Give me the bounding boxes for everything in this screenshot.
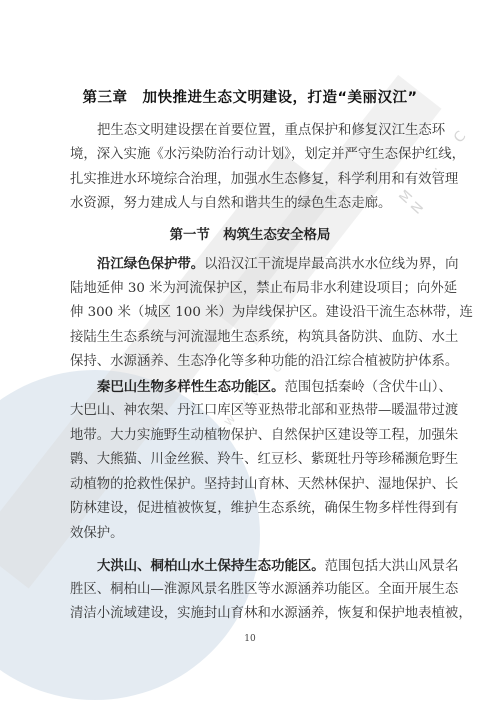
section-title: 第一节 构筑生态安全格局 — [0, 224, 500, 243]
para2-line-2: 大巴山、神农架、丹江口库区等亚热带北部和亚热带—暖温带过渡 — [70, 401, 432, 421]
para3-line-3: 清洁小流域建设，实施封山育林和水源涵养，恢复和保护地表植被， — [70, 604, 432, 624]
para3-text: 范围包括大洪山风景名 — [325, 559, 459, 574]
para1-line-3: 伸 300 米（城区 100 米）为岸线保护区。建设沿干流生态林带，连 — [70, 303, 432, 323]
intro-line-3: 扎实推进水环境综合治理，加强水生态修复，科学利用和有效管理 — [70, 170, 432, 190]
para3-line-2: 胜区、桐柏山—淮源风景名胜区等水源涵养功能区。全面开展生态 — [70, 580, 432, 600]
para1-heading: 沿江绿色保护带。 — [97, 256, 204, 272]
para2-line-3: 地带。大力实施野生动植物保护、自然保护区建设等工程，加强朱 — [70, 426, 432, 446]
para2-line-7: 效保护。 — [70, 524, 432, 544]
intro-line-2: 境，深入实施《水污染防治行动计划》，划定并严守生态保护红线， — [70, 145, 432, 165]
intro-line-1: 把生态文明建设摆在首要位置，重点保护和修复汉江生态环 — [97, 121, 432, 141]
para2-text: 范围包括秦岭（含伏牛山）、 — [284, 380, 451, 395]
intro-line-4: 水资源，努力建成人与自然和谐共生的绿色生态走廊。 — [70, 194, 432, 214]
para1-line-2: 陆地延伸 30 米为河流保护区，禁止布局非水利建设项目；向外延 — [70, 279, 432, 299]
para2-line-6: 防林建设，促进植被恢复，维护生态系统，确保生物多样性得到有 — [70, 499, 432, 519]
para1-text: 以沿汉江干流堤岸最高洪水水位线为界，向 — [204, 257, 458, 272]
para2-line-5: 动植物的抢救性保护。坚持封山育林、天然林保护、湿地保护、长 — [70, 475, 432, 495]
para2-line-4: 鹮、大熊猫、川金丝猴、羚牛、红豆杉、紫斑牡丹等珍稀濒危野生 — [70, 450, 432, 470]
document-page: 第三章 加快推进生态文明建设，打造“美丽汉江” 把生态文明建设摆在首要位置，重点… — [0, 0, 500, 707]
para2-heading: 秦巴山生物多样性生态功能区。 — [97, 379, 284, 395]
para1-line-4: 接陆生生态系统与河流湿地生态系统，构筑具备防洪、血防、水土 — [70, 328, 432, 348]
para2-line-1: 秦巴山生物多样性生态功能区。范围包括秦岭（含伏牛山）、 — [97, 377, 432, 398]
para1-line-1: 沿江绿色保护带。以沿汉江干流堤岸最高洪水水位线为界，向 — [97, 254, 432, 275]
para1-line-5: 保持、水源涵养、生态净化等多种功能的沿江综合植被防护体系。 — [70, 352, 432, 372]
para3-heading: 大洪山、桐柏山水土保持生态功能区。 — [97, 558, 325, 574]
chapter-title: 第三章 加快推进生态文明建设，打造“美丽汉江” — [0, 86, 500, 107]
para3-line-1: 大洪山、桐柏山水土保持生态功能区。范围包括大洪山风景名 — [97, 556, 432, 577]
page-number: 10 — [0, 634, 500, 644]
